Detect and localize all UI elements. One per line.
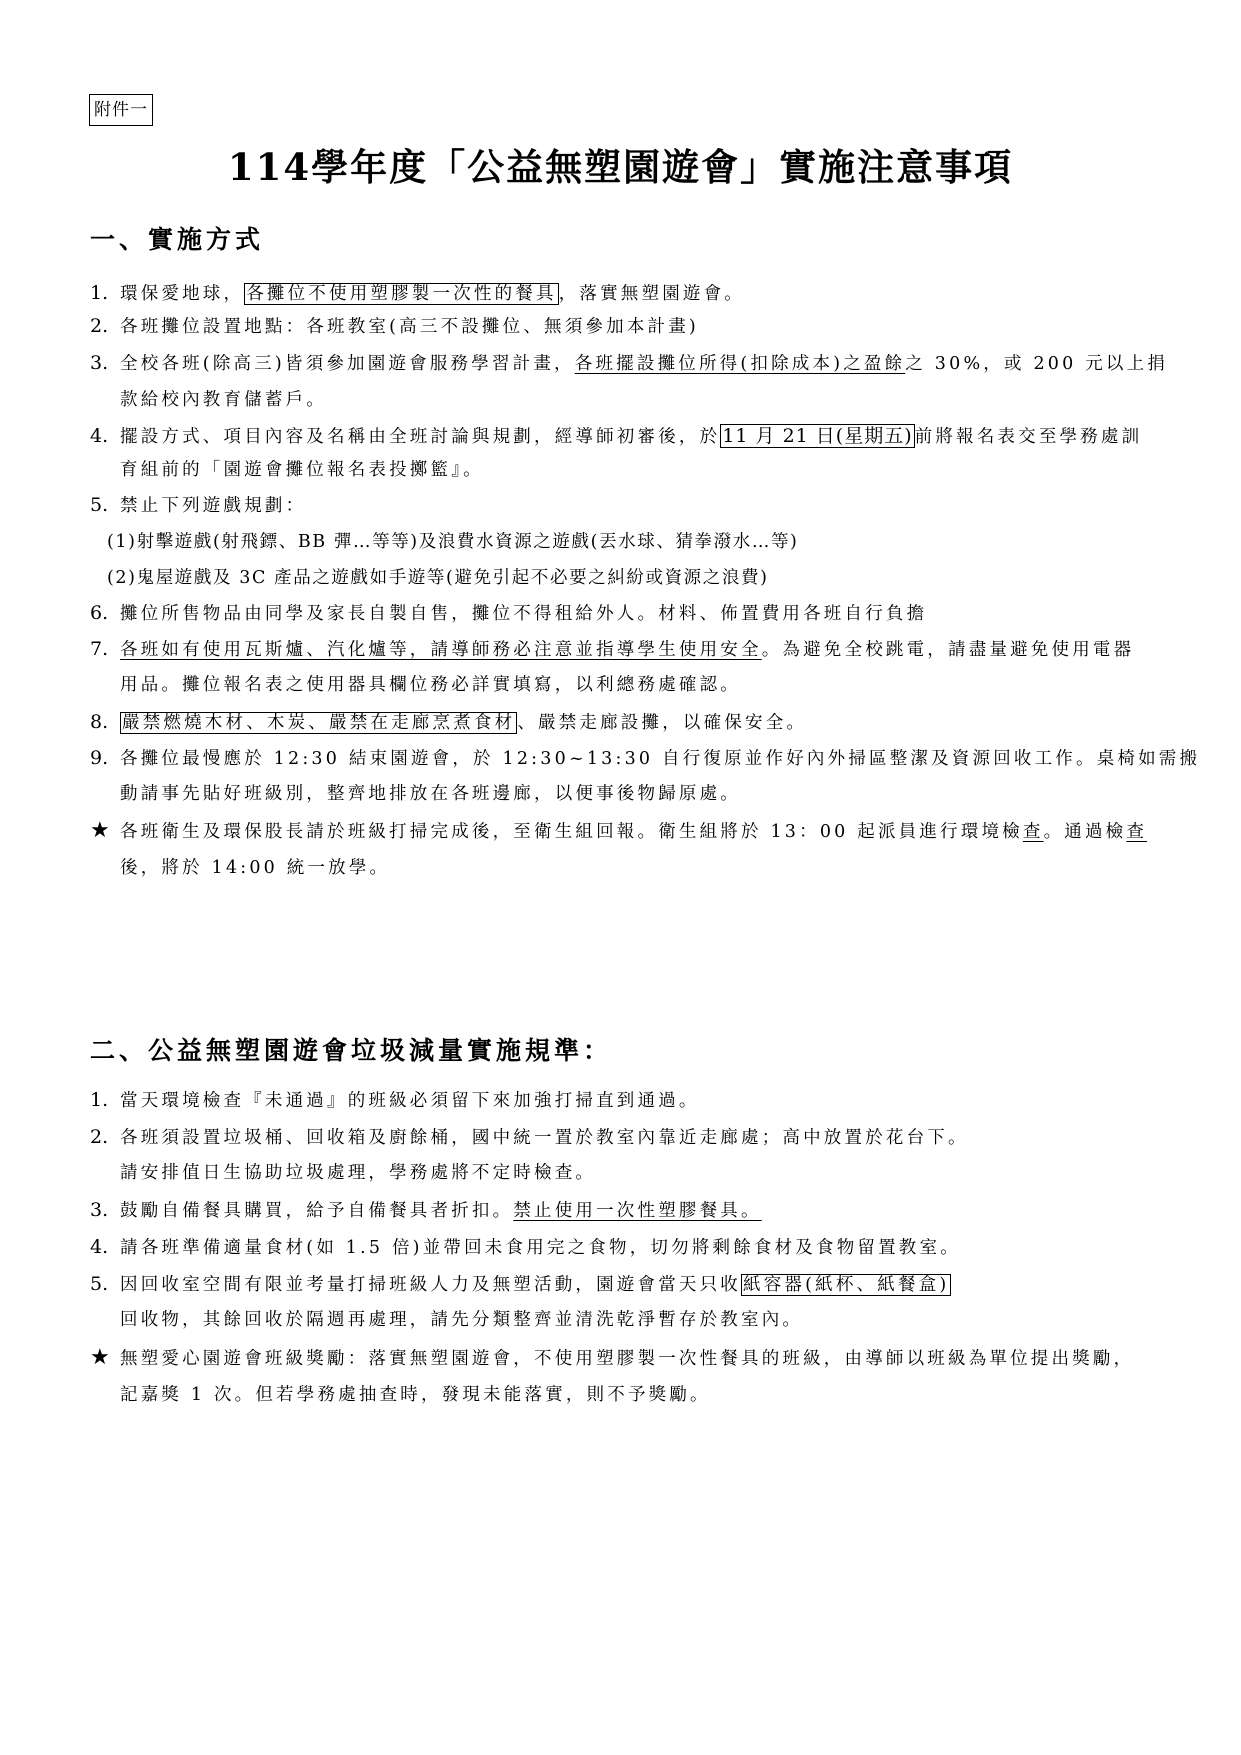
item-number: 8. bbox=[90, 709, 120, 735]
s1-item-5-sub1: (1)射擊遊戲(射飛鏢、BB 彈…等等)及浪費水資源之遊戲(丟水球、猜拳潑水…等… bbox=[107, 529, 798, 555]
s2-item-5: 5.因回收室空間有限並考量打掃班級人力及無塑活動，園遊會當天只收紙容器(紙杯、紙… bbox=[90, 1271, 951, 1298]
s1-item-7: 7.各班如有使用瓦斯爐、汽化爐等，請導師務必注意並指導學生使用安全。為避免全校跳… bbox=[90, 636, 1134, 663]
underlined-text: 禁止使用一次性塑膠餐具。 bbox=[513, 1201, 761, 1221]
s1-item-2: 2.各班攤位設置地點：各班教室(高三不設攤位、無須參加本計畫) bbox=[90, 313, 699, 340]
s1-item-9: 9.各攤位最慢應於 12:30 結束園遊會，於 12:30~13:30 自行復原… bbox=[90, 745, 1200, 772]
item-number: 5. bbox=[90, 492, 120, 518]
item-number: 3. bbox=[90, 350, 120, 376]
s2-item-2: 2.各班須設置垃圾桶、回收箱及廚餘桶，國中統一置於教室內靠近走廊處；高中放置於花… bbox=[90, 1124, 969, 1151]
item-number: 9. bbox=[90, 745, 120, 771]
s2-star-note: ★無塑愛心園遊會班級獎勵：落實無塑園遊會，不使用塑膠製一次性餐具的班級，由導師以… bbox=[90, 1345, 1134, 1372]
item-number: 4. bbox=[90, 1234, 120, 1260]
page-title: 114學年度「公益無塑園遊會」實施注意事項 bbox=[0, 142, 1241, 192]
s1-item-4: 4.擺設方式、項目內容及名稱由全班討論與規劃，經導師初審後，於11 月 21 日… bbox=[90, 423, 1142, 450]
s1-item-3: 3.全校各班(除高三)皆須參加園遊會服務學習計畫，各班擺設攤位所得(扣除成本)之… bbox=[90, 350, 1168, 377]
s1-item-9-cont: 動請事先貼好班級別，整齊地排放在各班邊廊，以便事後物歸原處。 bbox=[120, 781, 741, 807]
underlined-text: 各班如有使用瓦斯爐、汽化爐等，請導師務必注意並指導學生使用安全 bbox=[120, 640, 762, 660]
item-number: 4. bbox=[90, 423, 120, 449]
item-number: 1. bbox=[90, 280, 120, 306]
s2-item-4: 4.請各班準備適量食材(如 1.5 倍)並帶回未食用完之食物，切勿將剩餘食材及食… bbox=[90, 1234, 961, 1261]
s1-star-note: ★各班衛生及環保股長請於班級打掃完成後，至衛生組回報。衛生組將於 13：00 起… bbox=[90, 818, 1147, 845]
section1-heading: 一、實施方式 bbox=[90, 223, 264, 257]
item-number: 5. bbox=[90, 1271, 120, 1297]
section2-heading: 二、公益無塑園遊會垃圾減量實施規準： bbox=[90, 1034, 612, 1068]
s1-item-4-cont: 育組前的「園遊會攤位報名表投擲籃』。 bbox=[120, 457, 484, 483]
item-number: 2. bbox=[90, 1124, 120, 1150]
star-icon: ★ bbox=[90, 1345, 120, 1371]
s2-item-5-cont: 回收物，其餘回收於隔週再處理，請先分類整齊並清洗乾淨暫存於教室內。 bbox=[120, 1307, 803, 1333]
item-number: 7. bbox=[90, 636, 120, 662]
s1-item-6: 6.攤位所售物品由同學及家長自製自售，攤位不得租給外人。材料、佈置費用各班自行負… bbox=[90, 600, 927, 627]
document-page: 附件一 114學年度「公益無塑園遊會」實施注意事項 一、實施方式 1.環保愛地球… bbox=[0, 0, 1241, 1755]
deadline-box: 11 月 21 日(星期五) bbox=[720, 424, 914, 448]
s1-item-7-cont: 用品。攤位報名表之使用器具欄位務必詳實填寫，以利總務處確認。 bbox=[120, 672, 741, 698]
s1-item-5-sub2: (2)鬼屋遊戲及 3C 產品之遊戲如手遊等(避免引起不必要之糾紛或資源之浪費) bbox=[107, 565, 769, 591]
s1-item-8: 8.嚴禁燃燒木材、木炭、嚴禁在走廊烹煮食材、嚴禁走廊設攤，以確保安全。 bbox=[90, 709, 807, 736]
boxed-text: 嚴禁燃燒木材、木炭、嚴禁在走廊烹煮食材 bbox=[120, 712, 517, 734]
s2-star-note-cont: 記嘉獎 1 次。但若學務處抽查時，發現未能落實，則不予獎勵。 bbox=[120, 1382, 711, 1408]
item-number: 6. bbox=[90, 600, 120, 626]
s2-item-3: 3.鼓勵自備餐具購買，給予自備餐具者折扣。禁止使用一次性塑膠餐具。 bbox=[90, 1197, 762, 1224]
s1-item-3-cont: 款給校內教育儲蓄戶。 bbox=[120, 387, 327, 413]
item-number: 3. bbox=[90, 1197, 120, 1223]
s1-item-1: 1.環保愛地球，各攤位不使用塑膠製一次性的餐具，落實無塑園遊會。 bbox=[90, 280, 745, 307]
boxed-text: 紙容器(紙杯、紙餐盒) bbox=[741, 1274, 951, 1296]
star-icon: ★ bbox=[90, 818, 120, 844]
underlined-text: 各班擺設攤位所得(扣除成本)之盈餘 bbox=[575, 354, 906, 374]
item-number: 1. bbox=[90, 1087, 120, 1113]
boxed-text: 各攤位不使用塑膠製一次性的餐具 bbox=[244, 283, 559, 305]
s1-star-note-cont: 後，將於 14:00 統一放學。 bbox=[120, 855, 390, 881]
s2-item-2-cont: 請安排值日生協助垃圾處理，學務處將不定時檢查。 bbox=[120, 1160, 596, 1186]
item-number: 2. bbox=[90, 313, 120, 339]
s2-item-1: 1.當天環境檢查『未通過』的班級必須留下來加強打掃直到通過。 bbox=[90, 1087, 700, 1114]
attachment-label: 附件一 bbox=[89, 94, 153, 126]
s1-item-5: 5.禁止下列遊戲規劃： bbox=[90, 492, 306, 519]
